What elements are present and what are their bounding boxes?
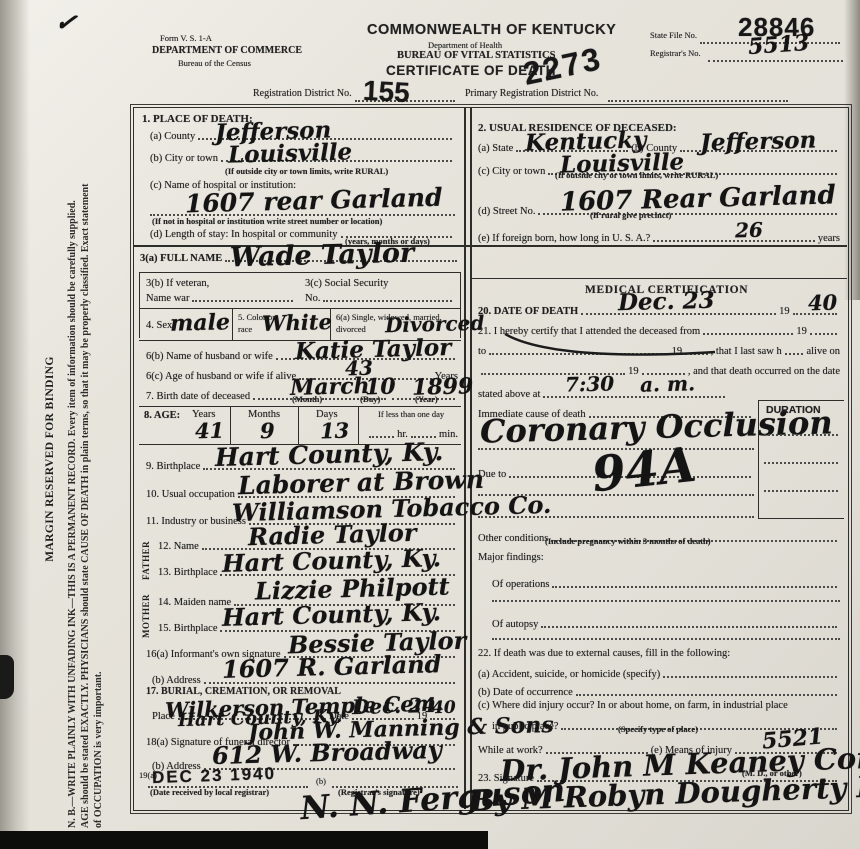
findings-label: Major findings: (478, 552, 544, 563)
other-conditions-label: Other conditions (478, 533, 548, 544)
spouse-label: 6(b) Name of husband or wife (146, 351, 273, 362)
informant-addr-label: (b) Address (152, 675, 201, 686)
pen-checkmark: ✓ (53, 7, 79, 40)
race-value: White (262, 309, 333, 336)
age-hr-line (369, 428, 394, 438)
res-street-note: (If rural give precinct) (590, 210, 671, 220)
margin-binding-text: MARGIN RESERVED FOR BINDING (40, 328, 58, 590)
pod-city-note: (If outside city or town limits, write R… (225, 166, 388, 176)
mother-name-label: 14. Maiden name (158, 597, 231, 608)
duration-line2 (764, 460, 838, 464)
pod-city-label: (b) City or town (150, 153, 218, 164)
autopsy-label: Of autopsy (492, 619, 538, 630)
veteran-label: 3(b) If veteran, (146, 278, 209, 289)
father-side-label: FATHER (141, 541, 151, 580)
age-months-value: 9 (260, 418, 275, 443)
certify-seg3: , and that death occurred on the date (688, 366, 840, 377)
veteran-label2: Name war (146, 293, 189, 304)
stated-label: stated above at (478, 389, 540, 400)
accident-line (663, 668, 837, 678)
spouse-value: Katie Taylor (295, 334, 452, 365)
vet-box-top (139, 272, 461, 273)
mother-side-label: MOTHER (141, 594, 151, 638)
age-box-top (139, 406, 461, 407)
death-time-unit: a. m. (640, 371, 696, 396)
column-divider-line-1 (464, 107, 466, 809)
ssn-label: 3(c) Social Security (305, 278, 388, 289)
duration-label: DURATION (766, 404, 821, 416)
duration-box-top (758, 400, 844, 401)
reg-district-label: Registration District No. (253, 88, 352, 99)
full-name-label: 3(a) FULL NAME (140, 253, 222, 264)
scan-edge-shadow-left (0, 0, 30, 849)
form-number: Form V. S. 1-A (160, 33, 212, 43)
vet-box-left (139, 272, 140, 338)
autopsy-line2 (492, 636, 840, 640)
registrar-no-value: 5513 (747, 30, 810, 60)
res-street-label: (d) Street No. (478, 206, 535, 217)
registrar-date-note: (Date received by local registrar) (150, 787, 269, 797)
certify-19a: 19 (796, 326, 807, 337)
autopsy-line (541, 618, 837, 628)
duration-line1 (764, 432, 838, 436)
res-foreign-unit: years (818, 233, 840, 244)
father-birthplace-label: 13. Birthplace (158, 567, 217, 578)
reg-district-value: 155 (362, 75, 410, 109)
dod-year-value: 40 (808, 290, 838, 316)
duration-box-left (758, 400, 759, 518)
marital-label2: divorced (336, 324, 366, 334)
where-label2: in public place? (492, 721, 558, 732)
sex-label: 4. Sex (146, 320, 172, 331)
res-foreign-label: (e) If foreign born, how long in U. S. A… (478, 233, 650, 244)
pod-hospital-note: (If not in hospital or institution write… (152, 216, 382, 226)
ink-blob (0, 655, 14, 699)
where-note: (Specify type of place) (618, 724, 698, 734)
file-stamp-2273: 2273 (520, 40, 605, 93)
certify-19c: 19 (628, 366, 639, 377)
column-divider-line-2 (470, 107, 472, 809)
age-label: 8. AGE: (144, 410, 180, 421)
margin-note-text: N. B.—WRITE PLAINLY WITH UNFADING INK—TH… (66, 180, 105, 828)
duration-line3 (764, 488, 838, 492)
dod-value: Dec. 23 (618, 287, 715, 317)
due-to-line2 (478, 492, 754, 496)
race-label2: race (238, 324, 252, 334)
mother-birthplace-label: 15. Birthplace (158, 623, 217, 634)
pod-county-label: (a) County (150, 131, 195, 142)
certify-alive: alive on (806, 346, 840, 357)
accident-label: (a) Accident, suicide, or homicide (spec… (478, 669, 660, 680)
pod-city-value: Louisville (228, 138, 353, 168)
dod-year-printed: 19 (779, 306, 790, 317)
certify-seg2: , that I last saw h (711, 346, 782, 357)
other-conditions-note: (Include pregnancy within 3 months of de… (545, 536, 711, 546)
registrar-b-label: (b) (316, 776, 326, 786)
birth-date-label: 7. Birth date of deceased (146, 391, 250, 402)
father-name-label: 12. Name (158, 541, 199, 552)
state-file-label: State File No. (650, 30, 697, 40)
ssn-label2: No. (305, 293, 320, 304)
operations-line (552, 578, 837, 588)
year-note: (Year) (415, 394, 438, 404)
month-note: (Month) (292, 394, 322, 404)
age-sep2 (298, 406, 299, 444)
age-sep1 (230, 406, 231, 444)
occupation-label: 10. Usual occupation (146, 489, 235, 500)
death-certificate-scan: ✓ MARGIN RESERVED FOR BINDING N. B.—WRIT… (0, 0, 860, 849)
primary-district-label: Primary Registration District No. (465, 88, 598, 99)
duration-box-bottom (758, 518, 844, 519)
day-note: (Day) (360, 394, 380, 404)
dept-commerce: DEPARTMENT OF COMMERCE (152, 45, 302, 56)
where-label: (c) Where did injury occur? In or about … (478, 700, 788, 711)
commonwealth-title: COMMONWEALTH OF KENTUCKY (367, 22, 616, 38)
full-name-value: Wade Taylor (230, 238, 415, 274)
sex-row-sep1 (232, 308, 233, 340)
certify-to: to (478, 346, 486, 357)
due-to-label: Due to (478, 469, 506, 480)
external-heading: 22. If death was due to external causes,… (478, 648, 730, 659)
res-city-label: (c) City or town (478, 166, 545, 177)
industry-label: 11. Industry or business (146, 516, 246, 527)
operations-label: Of operations (492, 579, 549, 590)
res-city-note: (If outside city or town limits, write R… (555, 170, 718, 180)
sex-value: male (170, 309, 231, 337)
due-to-line3 (478, 514, 754, 518)
age-less-note: If less than one day (378, 409, 444, 419)
occurrence-line (576, 686, 837, 696)
bureau-census: Bureau of the Census (178, 58, 251, 68)
age-years-value: 41 (195, 418, 225, 444)
scan-black-bar (0, 831, 488, 849)
pen-strike-mark (500, 328, 720, 362)
registrar-no-label: Registrar's No. (650, 48, 701, 58)
birthplace-label: 9. Birthplace (146, 461, 200, 472)
operations-line2 (492, 598, 840, 602)
veteran-line (192, 292, 293, 302)
certify-line1b (810, 325, 837, 335)
res-foreign-value: 26 (735, 218, 763, 243)
res-state-label: (a) State (478, 143, 513, 154)
dept-health: Department of Health (428, 40, 502, 50)
registrar-no-line (708, 58, 843, 62)
ssn-line (323, 292, 452, 302)
res-county-value: Jefferson (700, 126, 817, 156)
death-time-value: 7:30 (565, 371, 615, 396)
spouse-age-label: 6(c) Age of husband or wife if alive (146, 371, 296, 382)
certify-line2c (785, 345, 804, 355)
margin-binding-label: MARGIN RESERVED FOR BINDING (44, 356, 56, 562)
primary-district-line (608, 98, 788, 102)
informant-addr-value: 1607 R. Garland (222, 649, 442, 684)
pod-stay-label: (d) Length of stay: In hospital or commu… (150, 229, 338, 240)
marital-value: Divorced (385, 311, 485, 338)
medical-box-top (471, 278, 847, 279)
dod-label: 20. DATE OF DEATH (478, 306, 578, 317)
occurrence-label: (b) Date of occurrence (478, 687, 573, 698)
